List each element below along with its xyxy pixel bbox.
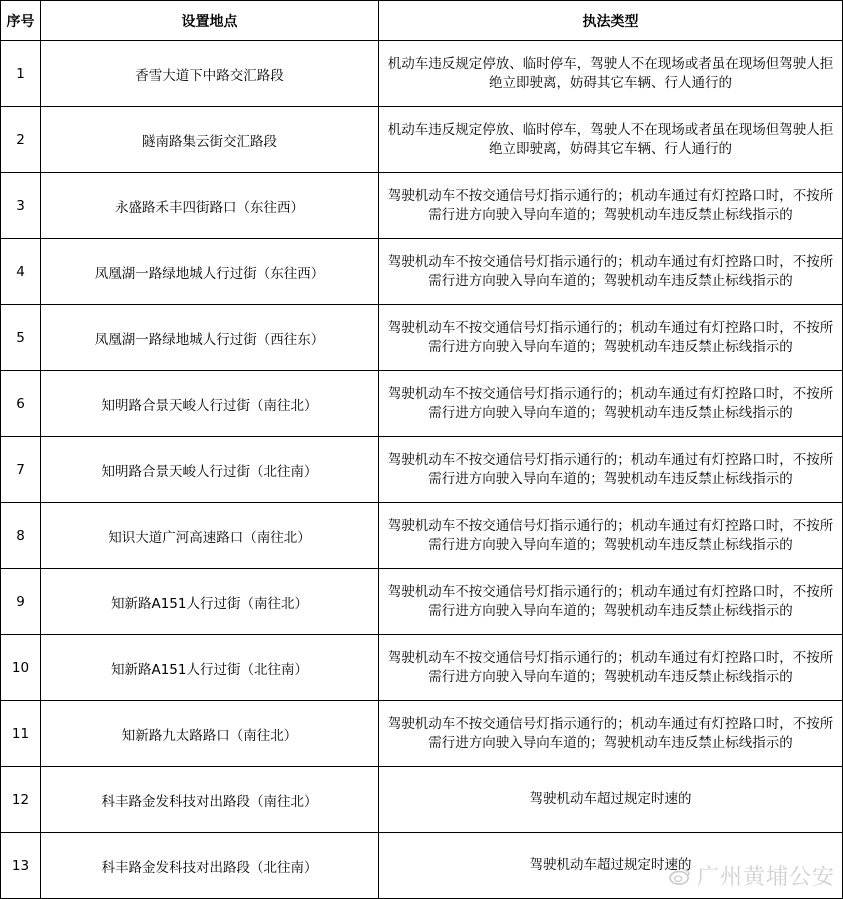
weibo-icon <box>669 867 691 885</box>
cell-enforcement-type: 驾驶机动车不按交通信号灯指示通行的；机动车通过有灯控路口时，不按所需行进方向驶入… <box>379 701 843 767</box>
cell-number: 13 <box>1 833 41 899</box>
cell-number: 9 <box>1 569 41 635</box>
cell-number: 1 <box>1 41 41 107</box>
table-header-row: 序号 设置地点 执法类型 <box>1 1 843 41</box>
cell-location: 知新路九太路路口（南往北） <box>41 701 379 767</box>
cell-enforcement-type: 驾驶机动车不按交通信号灯指示通行的；机动车通过有灯控路口时，不按所需行进方向驶入… <box>379 239 843 305</box>
cell-number: 8 <box>1 503 41 569</box>
cell-location: 凤凰湖一路绿地城人行过街（东往西） <box>41 239 379 305</box>
cell-enforcement-type: 驾驶机动车不按交通信号灯指示通行的；机动车通过有灯控路口时，不按所需行进方向驶入… <box>379 635 843 701</box>
table-row: 5凤凰湖一路绿地城人行过街（西往东）驾驶机动车不按交通信号灯指示通行的；机动车通… <box>1 305 843 371</box>
cell-location: 香雪大道下中路交汇路段 <box>41 41 379 107</box>
table-row: 11知新路九太路路口（南往北）驾驶机动车不按交通信号灯指示通行的；机动车通过有灯… <box>1 701 843 767</box>
table-row: 12科丰路金发科技对出路段（南往北）驾驶机动车超过规定时速的 <box>1 767 843 833</box>
cell-enforcement-type: 驾驶机动车不按交通信号灯指示通行的；机动车通过有灯控路口时，不按所需行进方向驶入… <box>379 173 843 239</box>
cell-location: 科丰路金发科技对出路段（北往南） <box>41 833 379 899</box>
cell-enforcement-type: 驾驶机动车不按交通信号灯指示通行的；机动车通过有灯控路口时，不按所需行进方向驶入… <box>379 305 843 371</box>
cell-number: 2 <box>1 107 41 173</box>
watermark: 广州黄埔公安 <box>669 860 835 891</box>
cell-location: 隧南路集云街交汇路段 <box>41 107 379 173</box>
cell-enforcement-type: 驾驶机动车不按交通信号灯指示通行的；机动车通过有灯控路口时，不按所需行进方向驶入… <box>379 371 843 437</box>
cell-number: 3 <box>1 173 41 239</box>
header-enforcement-type: 执法类型 <box>379 1 843 41</box>
cell-number: 4 <box>1 239 41 305</box>
table-row: 2隧南路集云街交汇路段机动车违反规定停放、临时停车，驾驶人不在现场或者虽在现场但… <box>1 107 843 173</box>
watermark-text: 广州黄埔公安 <box>697 860 835 891</box>
cell-location: 知新路A151人行过街（南往北） <box>41 569 379 635</box>
cell-location: 知识大道广河高速路口（南往北） <box>41 503 379 569</box>
cell-location: 知明路合景天峻人行过街（南往北） <box>41 371 379 437</box>
table-row: 4凤凰湖一路绿地城人行过街（东往西）驾驶机动车不按交通信号灯指示通行的；机动车通… <box>1 239 843 305</box>
cell-enforcement-type: 驾驶机动车超过规定时速的 <box>379 767 843 833</box>
cell-enforcement-type: 驾驶机动车不按交通信号灯指示通行的；机动车通过有灯控路口时，不按所需行进方向驶入… <box>379 569 843 635</box>
cell-location: 凤凰湖一路绿地城人行过街（西往东） <box>41 305 379 371</box>
cell-enforcement-type: 驾驶机动车不按交通信号灯指示通行的；机动车通过有灯控路口时，不按所需行进方向驶入… <box>379 437 843 503</box>
cell-location: 永盛路禾丰四街路口（东往西） <box>41 173 379 239</box>
enforcement-locations-table: 序号 设置地点 执法类型 1香雪大道下中路交汇路段机动车违反规定停放、临时停车，… <box>0 0 843 899</box>
table-row: 6知明路合景天峻人行过街（南往北）驾驶机动车不按交通信号灯指示通行的；机动车通过… <box>1 371 843 437</box>
header-location: 设置地点 <box>41 1 379 41</box>
cell-number: 11 <box>1 701 41 767</box>
table-row: 7知明路合景天峻人行过街（北往南）驾驶机动车不按交通信号灯指示通行的；机动车通过… <box>1 437 843 503</box>
cell-number: 6 <box>1 371 41 437</box>
cell-enforcement-type: 机动车违反规定停放、临时停车，驾驶人不在现场或者虽在现场但驾驶人拒绝立即驶离，妨… <box>379 41 843 107</box>
table-row: 3永盛路禾丰四街路口（东往西）驾驶机动车不按交通信号灯指示通行的；机动车通过有灯… <box>1 173 843 239</box>
cell-location: 科丰路金发科技对出路段（南往北） <box>41 767 379 833</box>
table-row: 10知新路A151人行过街（北往南）驾驶机动车不按交通信号灯指示通行的；机动车通… <box>1 635 843 701</box>
header-number: 序号 <box>1 1 41 41</box>
cell-number: 12 <box>1 767 41 833</box>
table-row: 9知新路A151人行过街（南往北）驾驶机动车不按交通信号灯指示通行的；机动车通过… <box>1 569 843 635</box>
cell-location: 知新路A151人行过街（北往南） <box>41 635 379 701</box>
cell-number: 10 <box>1 635 41 701</box>
cell-number: 5 <box>1 305 41 371</box>
cell-location: 知明路合景天峻人行过街（北往南） <box>41 437 379 503</box>
table-row: 1香雪大道下中路交汇路段机动车违反规定停放、临时停车，驾驶人不在现场或者虽在现场… <box>1 41 843 107</box>
cell-number: 7 <box>1 437 41 503</box>
cell-enforcement-type: 驾驶机动车不按交通信号灯指示通行的；机动车通过有灯控路口时，不按所需行进方向驶入… <box>379 503 843 569</box>
cell-enforcement-type: 机动车违反规定停放、临时停车，驾驶人不在现场或者虽在现场但驾驶人拒绝立即驶离，妨… <box>379 107 843 173</box>
table-row: 8知识大道广河高速路口（南往北）驾驶机动车不按交通信号灯指示通行的；机动车通过有… <box>1 503 843 569</box>
